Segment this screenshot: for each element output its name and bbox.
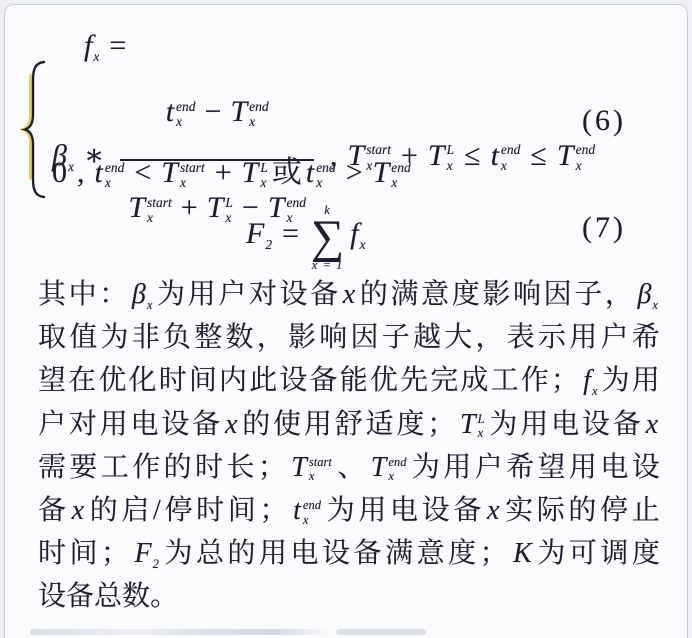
math-token: x	[652, 298, 658, 312]
math-token: 子	[574, 277, 602, 313]
math-token: 用	[569, 320, 597, 356]
math-token: 、	[337, 450, 365, 486]
math-token: x	[105, 175, 125, 191]
math-token: 响	[319, 320, 347, 356]
math-token: ，	[476, 320, 504, 356]
math-token: x	[360, 237, 366, 252]
equation7-number: (7)	[582, 211, 626, 245]
math-token: end	[576, 142, 596, 158]
math-token: 止	[632, 493, 660, 529]
math-token: 工	[101, 450, 129, 486]
math-token: 数	[122, 579, 150, 615]
math-token: 为	[537, 536, 565, 572]
math-token: x	[592, 384, 598, 398]
equation6-lhs: fx=	[82, 20, 134, 72]
math-token: 设	[582, 407, 610, 443]
math-token: 成	[460, 363, 488, 399]
math-token: 设	[632, 450, 660, 486]
math-token: 的	[242, 407, 270, 443]
math-token: 内	[219, 363, 247, 399]
math-token: tendx	[491, 114, 521, 198]
math-token: 为	[602, 363, 630, 399]
math-token: x	[260, 175, 268, 191]
math-token: 际	[537, 493, 565, 529]
math-token: 总	[196, 536, 224, 572]
math-token: x	[72, 493, 84, 529]
math-token: 停	[600, 493, 628, 529]
math-token: 调	[600, 536, 628, 572]
piecewise-brace-icon	[20, 59, 50, 201]
math-token: end	[388, 455, 406, 469]
math-token: K	[513, 538, 532, 569]
math-token: 影	[288, 320, 316, 356]
paragraph-line: 望在优化时间内此设备能优先完成工作；fx为用	[38, 363, 660, 406]
math-token: 度	[396, 407, 424, 443]
math-token: 对	[249, 277, 277, 313]
math-token: 整	[194, 320, 222, 356]
math-token: =	[109, 29, 126, 62]
math-token: >	[346, 148, 363, 198]
math-token: 0	[52, 148, 67, 198]
math-token: 用	[443, 450, 471, 486]
math-token: 负	[163, 320, 191, 356]
math-token: x	[225, 409, 237, 440]
math-token: =	[282, 192, 299, 276]
math-token: 电	[130, 407, 158, 443]
math-token: 大	[444, 320, 472, 356]
math-token: 为	[101, 320, 129, 356]
math-token: β	[637, 279, 651, 310]
math-token: K	[513, 536, 532, 572]
math-token: f	[84, 29, 92, 62]
math-token: x	[646, 409, 658, 440]
math-token: 的	[90, 493, 118, 529]
math-token: x	[180, 175, 205, 191]
scanned-paper-page: fx= βx∗tendx−TendxTstartx+TLx−Tendx,Tsta…	[0, 0, 692, 638]
math-token: Tendx	[230, 70, 268, 154]
math-token: 的	[568, 493, 596, 529]
math-token: 户	[475, 450, 503, 486]
math-token: 为	[157, 277, 185, 313]
paragraph-line: 取值为非负整数，影响因子越大，表示用户希	[38, 320, 660, 363]
math-token: 为	[412, 450, 440, 486]
math-token: 度	[452, 277, 480, 313]
equation6-case-1: βx∗tendx−TendxTstartx+TLx−Tendx,Tstartx+…	[50, 68, 597, 152]
math-token: 适	[366, 407, 394, 443]
math-token: Tstartx	[291, 450, 332, 486]
math-token: ≤	[464, 114, 480, 198]
math-token: <	[134, 156, 151, 189]
math-token: t	[95, 156, 103, 189]
math-token: x	[646, 407, 658, 443]
math-token: 停	[164, 493, 192, 529]
math-token: x	[316, 175, 336, 191]
math-token: end	[303, 498, 321, 512]
math-token: 户	[218, 277, 246, 313]
math-token: 备	[310, 277, 338, 313]
math-token: 2	[265, 237, 272, 252]
math-token: 取	[38, 320, 66, 356]
math-token: 设	[322, 536, 350, 572]
math-token: x	[249, 114, 269, 130]
math-token: F	[135, 538, 152, 569]
math-token: 为	[164, 536, 192, 572]
math-token: T	[230, 95, 247, 128]
math-token: T	[371, 452, 387, 483]
math-token: 工	[491, 363, 519, 399]
paragraph-line: 其中：βx为用户对设备x的满意度影响因子，βx	[38, 277, 660, 320]
math-token: 其	[38, 277, 66, 313]
paragraph-line: 户对用电设备x的使用舒适度；TLx为用电设备x	[38, 407, 660, 450]
math-token: 总	[94, 579, 122, 615]
math-token: T	[161, 156, 178, 189]
math-token: 作	[521, 363, 549, 399]
math-token: L	[447, 142, 455, 158]
math-token: x	[478, 426, 485, 440]
math-token: 子	[382, 320, 410, 356]
math-token: 使	[273, 407, 301, 443]
paragraph-line: 备x的启/停时间；tendx为用电设备x实际的停止	[38, 493, 660, 536]
equation7: F2=k∑x = 1fx	[244, 192, 368, 276]
math-token: x	[343, 277, 355, 313]
math-token: 为	[327, 493, 355, 529]
math-token: 电	[551, 407, 579, 443]
math-token: startx	[309, 455, 332, 484]
math-token: tendx	[166, 70, 196, 154]
math-token: end	[501, 142, 521, 158]
paragraph-line: 需要工作的时长；Tstartx、Tendx为用户希望用电设	[38, 450, 660, 493]
math-token: βx	[637, 277, 658, 323]
math-token: t	[306, 156, 314, 189]
math-token: 设	[422, 493, 450, 529]
math-token: ≤	[530, 114, 546, 198]
math-token: F	[246, 217, 264, 250]
math-token: x	[487, 493, 499, 529]
math-token: endx	[176, 99, 196, 130]
math-token: 或	[272, 156, 302, 189]
math-token: 备	[613, 407, 641, 443]
math-token: 意	[417, 536, 445, 572]
math-token: 启	[121, 493, 149, 529]
math-token: 用	[259, 536, 287, 572]
math-token: f	[350, 217, 358, 250]
math-token: 数	[226, 320, 254, 356]
math-token: 越	[413, 320, 441, 356]
math-token: 用	[358, 493, 386, 529]
math-token: 设	[280, 277, 308, 313]
math-token: tendx	[95, 148, 125, 198]
math-token: end	[316, 160, 336, 176]
math-token: 备	[66, 579, 94, 615]
paragraph-line: 设备总数。	[38, 579, 660, 622]
math-token: 非	[132, 320, 160, 356]
math-token: 间	[228, 493, 256, 529]
math-token: 户	[38, 407, 66, 443]
math-token: L	[260, 160, 268, 176]
math-token: 用	[188, 277, 216, 313]
math-token: 为	[489, 407, 517, 443]
math-token: Lx	[225, 195, 233, 226]
math-token: x	[147, 298, 153, 312]
math-token: 完	[430, 363, 458, 399]
math-token: ，	[257, 320, 285, 356]
math-token: 设	[161, 407, 189, 443]
math-token: ；	[258, 450, 286, 486]
math-token: 备	[310, 363, 338, 399]
math-token: ：	[99, 277, 127, 313]
math-token: Tstartx	[161, 148, 204, 198]
math-token: 在	[68, 363, 96, 399]
math-token: x	[343, 279, 355, 310]
math-token: x	[176, 114, 196, 130]
explanation-paragraph: 其中：βx为用户对设备x的满意度影响因子，βx 取值为非负整数，影响因子越大，表…	[38, 277, 660, 623]
math-token: endx	[105, 160, 125, 191]
math-token: <	[134, 148, 151, 198]
math-token: 备	[192, 407, 220, 443]
math-token: 的	[164, 450, 192, 486]
math-token: Lx	[478, 412, 485, 441]
math-token: T	[373, 156, 390, 189]
math-token: 备	[38, 493, 66, 529]
math-token: 设	[38, 579, 66, 615]
math-token: 先	[400, 363, 428, 399]
math-token: t	[166, 95, 174, 128]
math-token: x	[447, 158, 455, 174]
math-token: x	[388, 469, 406, 483]
math-token: end	[105, 160, 125, 176]
math-token: 满	[385, 536, 413, 572]
math-token: start	[180, 160, 205, 176]
math-token: T	[291, 452, 307, 483]
math-token: 度	[632, 536, 660, 572]
math-token: fx	[350, 192, 365, 287]
math-token: T	[242, 156, 259, 189]
math-token: Tendx	[371, 450, 407, 486]
math-token: t	[491, 139, 499, 172]
math-token: −	[205, 95, 222, 128]
math-token: startx	[147, 195, 172, 226]
math-token: 度	[448, 536, 476, 572]
math-token: 舒	[335, 407, 363, 443]
math-token: x	[147, 210, 172, 226]
math-token: x	[501, 158, 521, 174]
math-token: endx	[249, 99, 269, 130]
math-token: 间	[70, 536, 98, 572]
math-token: end	[249, 99, 269, 115]
math-token: t	[293, 495, 301, 526]
math-token: 望	[538, 450, 566, 486]
math-token: 用	[100, 407, 128, 443]
math-token: 长	[226, 450, 254, 486]
math-token: 影	[482, 277, 510, 313]
math-token: 用	[304, 407, 332, 443]
cropped-text-smudge	[30, 629, 330, 635]
math-token: 化	[129, 363, 157, 399]
math-token: TLx	[242, 148, 268, 198]
math-token: ；	[427, 407, 455, 443]
math-token: end	[176, 99, 196, 115]
math-token: +	[215, 156, 232, 189]
math-token: T	[428, 139, 445, 172]
equation6-case-2: 0,tendx<Tstartx+TLx或tendx>Tendx	[50, 148, 413, 198]
math-token: 作	[132, 450, 160, 486]
math-token: 对	[69, 407, 97, 443]
math-token: ,	[77, 148, 85, 198]
math-token: 望	[38, 363, 66, 399]
math-token: 时	[38, 536, 66, 572]
math-token: 希	[632, 320, 660, 356]
math-token: x	[72, 495, 84, 526]
math-token: F2	[135, 536, 159, 582]
math-token: tendx−Tendx	[154, 70, 281, 159]
math-token: 间	[189, 363, 217, 399]
math-token: ；	[259, 493, 287, 529]
math-token: ；	[551, 363, 579, 399]
math-token: Lx	[260, 160, 268, 191]
math-token: 要	[69, 450, 97, 486]
math-token: fx	[583, 363, 597, 409]
math-token: ≤	[464, 139, 480, 172]
math-token: T	[557, 139, 574, 172]
math-token: L	[478, 412, 485, 426]
math-token: 满	[390, 277, 418, 313]
math-token: 设	[279, 363, 307, 399]
math-token: 备	[453, 493, 481, 529]
math-token: 优	[98, 363, 126, 399]
math-token: endx	[303, 498, 321, 527]
math-token: x	[303, 513, 321, 527]
math-token: −	[205, 70, 222, 154]
math-token: 可	[569, 536, 597, 572]
math-token: x	[576, 158, 596, 174]
math-token: F2	[246, 192, 272, 287]
math-token: Tendx	[373, 148, 411, 198]
math-token: 的	[360, 277, 388, 313]
math-token: Lx	[447, 142, 455, 173]
math-token: ≤	[530, 139, 546, 172]
math-token: x	[391, 175, 411, 191]
math-token: tendx	[293, 493, 321, 529]
math-token: /	[153, 493, 161, 529]
math-token: 户	[601, 320, 629, 356]
math-token: β	[132, 279, 146, 310]
math-token: 。	[150, 579, 178, 615]
math-token: 需	[38, 450, 66, 486]
math-token: 因	[351, 320, 379, 356]
math-token: ；	[480, 536, 508, 572]
math-token: f	[583, 365, 591, 396]
math-token: =	[282, 217, 299, 250]
math-token: 因	[544, 277, 572, 313]
math-token: endx	[501, 142, 521, 173]
math-token: ∑	[311, 218, 344, 258]
math-token: T	[460, 409, 476, 440]
math-token: ；	[101, 536, 129, 572]
math-token: endx	[316, 160, 336, 191]
math-token: 希	[506, 450, 534, 486]
math-token: 电	[291, 536, 319, 572]
paragraph-line: 时间；F2为总的用电设备满意度；K为可调度	[38, 536, 660, 579]
math-token: startx	[180, 160, 205, 191]
math-token: tendx	[306, 148, 336, 198]
math-token: ,	[77, 156, 85, 189]
math-token: =	[109, 20, 126, 72]
math-token: 用	[569, 450, 597, 486]
math-token: start	[309, 455, 332, 469]
math-token: 示	[538, 320, 566, 356]
math-token: 优	[370, 363, 398, 399]
math-token: x	[487, 495, 499, 526]
math-token: x	[225, 210, 233, 226]
math-token: 用	[520, 407, 548, 443]
math-token: 值	[69, 320, 97, 356]
cropped-text-smudge	[336, 629, 426, 635]
math-token: 电	[600, 450, 628, 486]
math-token: 表	[507, 320, 535, 356]
math-token: endx	[391, 160, 411, 191]
math-token: 时	[159, 363, 187, 399]
math-token: x	[93, 49, 99, 64]
math-token: 或	[272, 148, 302, 198]
math-token: 时	[196, 493, 224, 529]
equation6-number: (6)	[582, 104, 626, 138]
math-token: 备	[354, 536, 382, 572]
math-token: 此	[249, 363, 277, 399]
math-token: x = 1	[312, 258, 344, 274]
math-token: 意	[421, 277, 449, 313]
math-token: >	[346, 156, 363, 189]
math-token: ，	[605, 277, 633, 313]
math-token: 0	[52, 156, 67, 189]
math-token: 2	[153, 557, 159, 571]
math-token: 电	[390, 493, 418, 529]
math-token: 中	[69, 277, 97, 313]
math-token: TLx	[428, 114, 454, 198]
math-token: +	[215, 148, 232, 198]
math-token: 的	[227, 536, 255, 572]
math-token: x	[225, 407, 237, 443]
math-token: 时	[195, 450, 223, 486]
math-token: βx	[132, 277, 153, 323]
math-token: end	[391, 160, 411, 176]
math-token: endx	[388, 455, 406, 484]
math-token: TLx	[460, 407, 485, 443]
math-token: 实	[505, 493, 533, 529]
math-token: 响	[513, 277, 541, 313]
math-token: k∑x = 1	[311, 203, 344, 274]
math-token: 用	[632, 363, 660, 399]
math-token: x	[309, 469, 332, 483]
math-token: 能	[340, 363, 368, 399]
math-token: endx	[576, 142, 596, 173]
